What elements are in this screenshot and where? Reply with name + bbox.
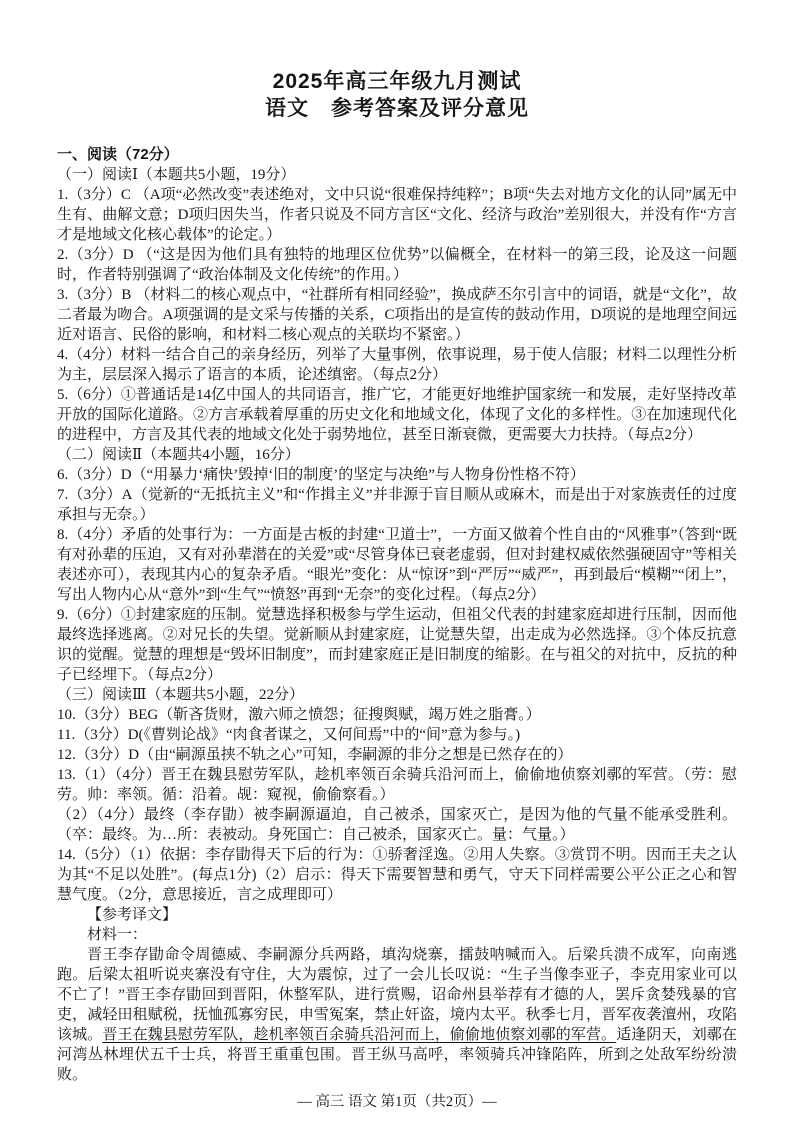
- page-footer: — 高三 语文 第1页（共2页）—: [57, 1092, 737, 1112]
- answer-item-8: 8.（4分）矛盾的处事行为：一方面是古板的封建“卫道士”，一方面又做着个性自由的…: [57, 525, 737, 605]
- translation-underlined-sentence: 晋王在魏县慰劳军队，趁机率领百余骑兵沿河而上，偷偷地侦察刘鄩的军营。: [102, 1027, 616, 1043]
- answer-item-12: 12.（3分）D（由“嗣源虽挟不轨之心”可知，李嗣源的非分之想是已然存在的）: [57, 745, 737, 765]
- answer-item-5: 5.（6分）①普通话是14亿中国人的共同语言，推广它，才能更好地维护国家统一和发…: [57, 385, 737, 445]
- page-title: 2025年高三年级九月测试: [57, 68, 737, 95]
- answer-item-11: 11.（3分）D(《曹刿论战》“肉食者谋之，又何间焉”中的“间”意为参与。): [57, 725, 737, 745]
- answer-item-13-1: 13.（1）（4分）晋王在魏县慰劳军队，趁机率领百余骑兵沿河而上，偷偷地侦察刘鄩…: [57, 765, 737, 805]
- answer-item-7: 7.（3分）A（觉新的“无抵抗主义”和“作揖主义”并非源于盲目顺从或麻木，而是出…: [57, 485, 737, 525]
- reference-translation-heading: 【参考译文】: [57, 905, 737, 925]
- answer-item-2: 2.（3分）D （“这是因为他们具有独特的地理区位优势”以偏概全，在材料一的第三…: [57, 245, 737, 285]
- answer-key-content: 一、阅读（72分） （一）阅读Ⅰ（本题共5小题，19分） 1.（3分）C （A项…: [57, 145, 737, 1085]
- answer-item-10: 10.（3分）BEG（靳吝货财，激六师之愤怨；征搜舆赋，竭万姓之脂膏。）: [57, 705, 737, 725]
- page-subtitle: 语文 参考答案及评分意见: [57, 95, 737, 122]
- section-heading-reading: 一、阅读（72分）: [57, 145, 737, 165]
- document-page: 2025年高三年级九月测试 语文 参考答案及评分意见 一、阅读（72分） （一）…: [0, 0, 794, 1123]
- answer-item-6: 6.（3分）D（“用暴力‘痛快’毁掉‘旧的制度’的坚定与决绝”与人物身份性格不符…: [57, 465, 737, 485]
- subsection-heading-reading1: （一）阅读Ⅰ（本题共5小题，19分）: [57, 165, 737, 185]
- answer-item-13-2: （2）（4分）最终（李存勖）被李嗣源逼迫，自己被杀，国家灭亡，是因为他的气量不能…: [57, 805, 737, 845]
- answer-item-9: 9.（6分）①封建家庭的压制。觉慧选择积极参与学生运动，但祖父代表的封建家庭却进…: [57, 605, 737, 685]
- translation-paragraph: 晋王李存勖命令周德威、李嗣源分兵两路，填沟烧寨，擂鼓呐喊而入。后梁兵溃不成军，向…: [57, 945, 737, 1085]
- subsection-heading-reading2: （二）阅读Ⅱ（本题共4小题，16分）: [57, 445, 737, 465]
- subsection-heading-reading3: （三）阅读Ⅲ（本题共5小题，22分）: [57, 685, 737, 705]
- answer-item-3: 3.（3分）B （材料二的核心观点中，“社群所有相同经验”，换成萨丕尔引言中的词…: [57, 285, 737, 345]
- answer-item-14: 14.（5分）（1）依据：李存勖得天下后的行为：①骄奢淫逸。②用人失察。③赏罚不…: [57, 845, 737, 905]
- answer-item-4: 4.（4分）材料一结合自己的亲身经历，列举了大量事例，依事说理，易于使人信服；材…: [57, 345, 737, 385]
- material-one-label: 材料一：: [57, 925, 737, 945]
- answer-item-1: 1.（3分）C （A项“必然改变”表述绝对，文中只说“很难保持纯粹”；B项“失去…: [57, 185, 737, 245]
